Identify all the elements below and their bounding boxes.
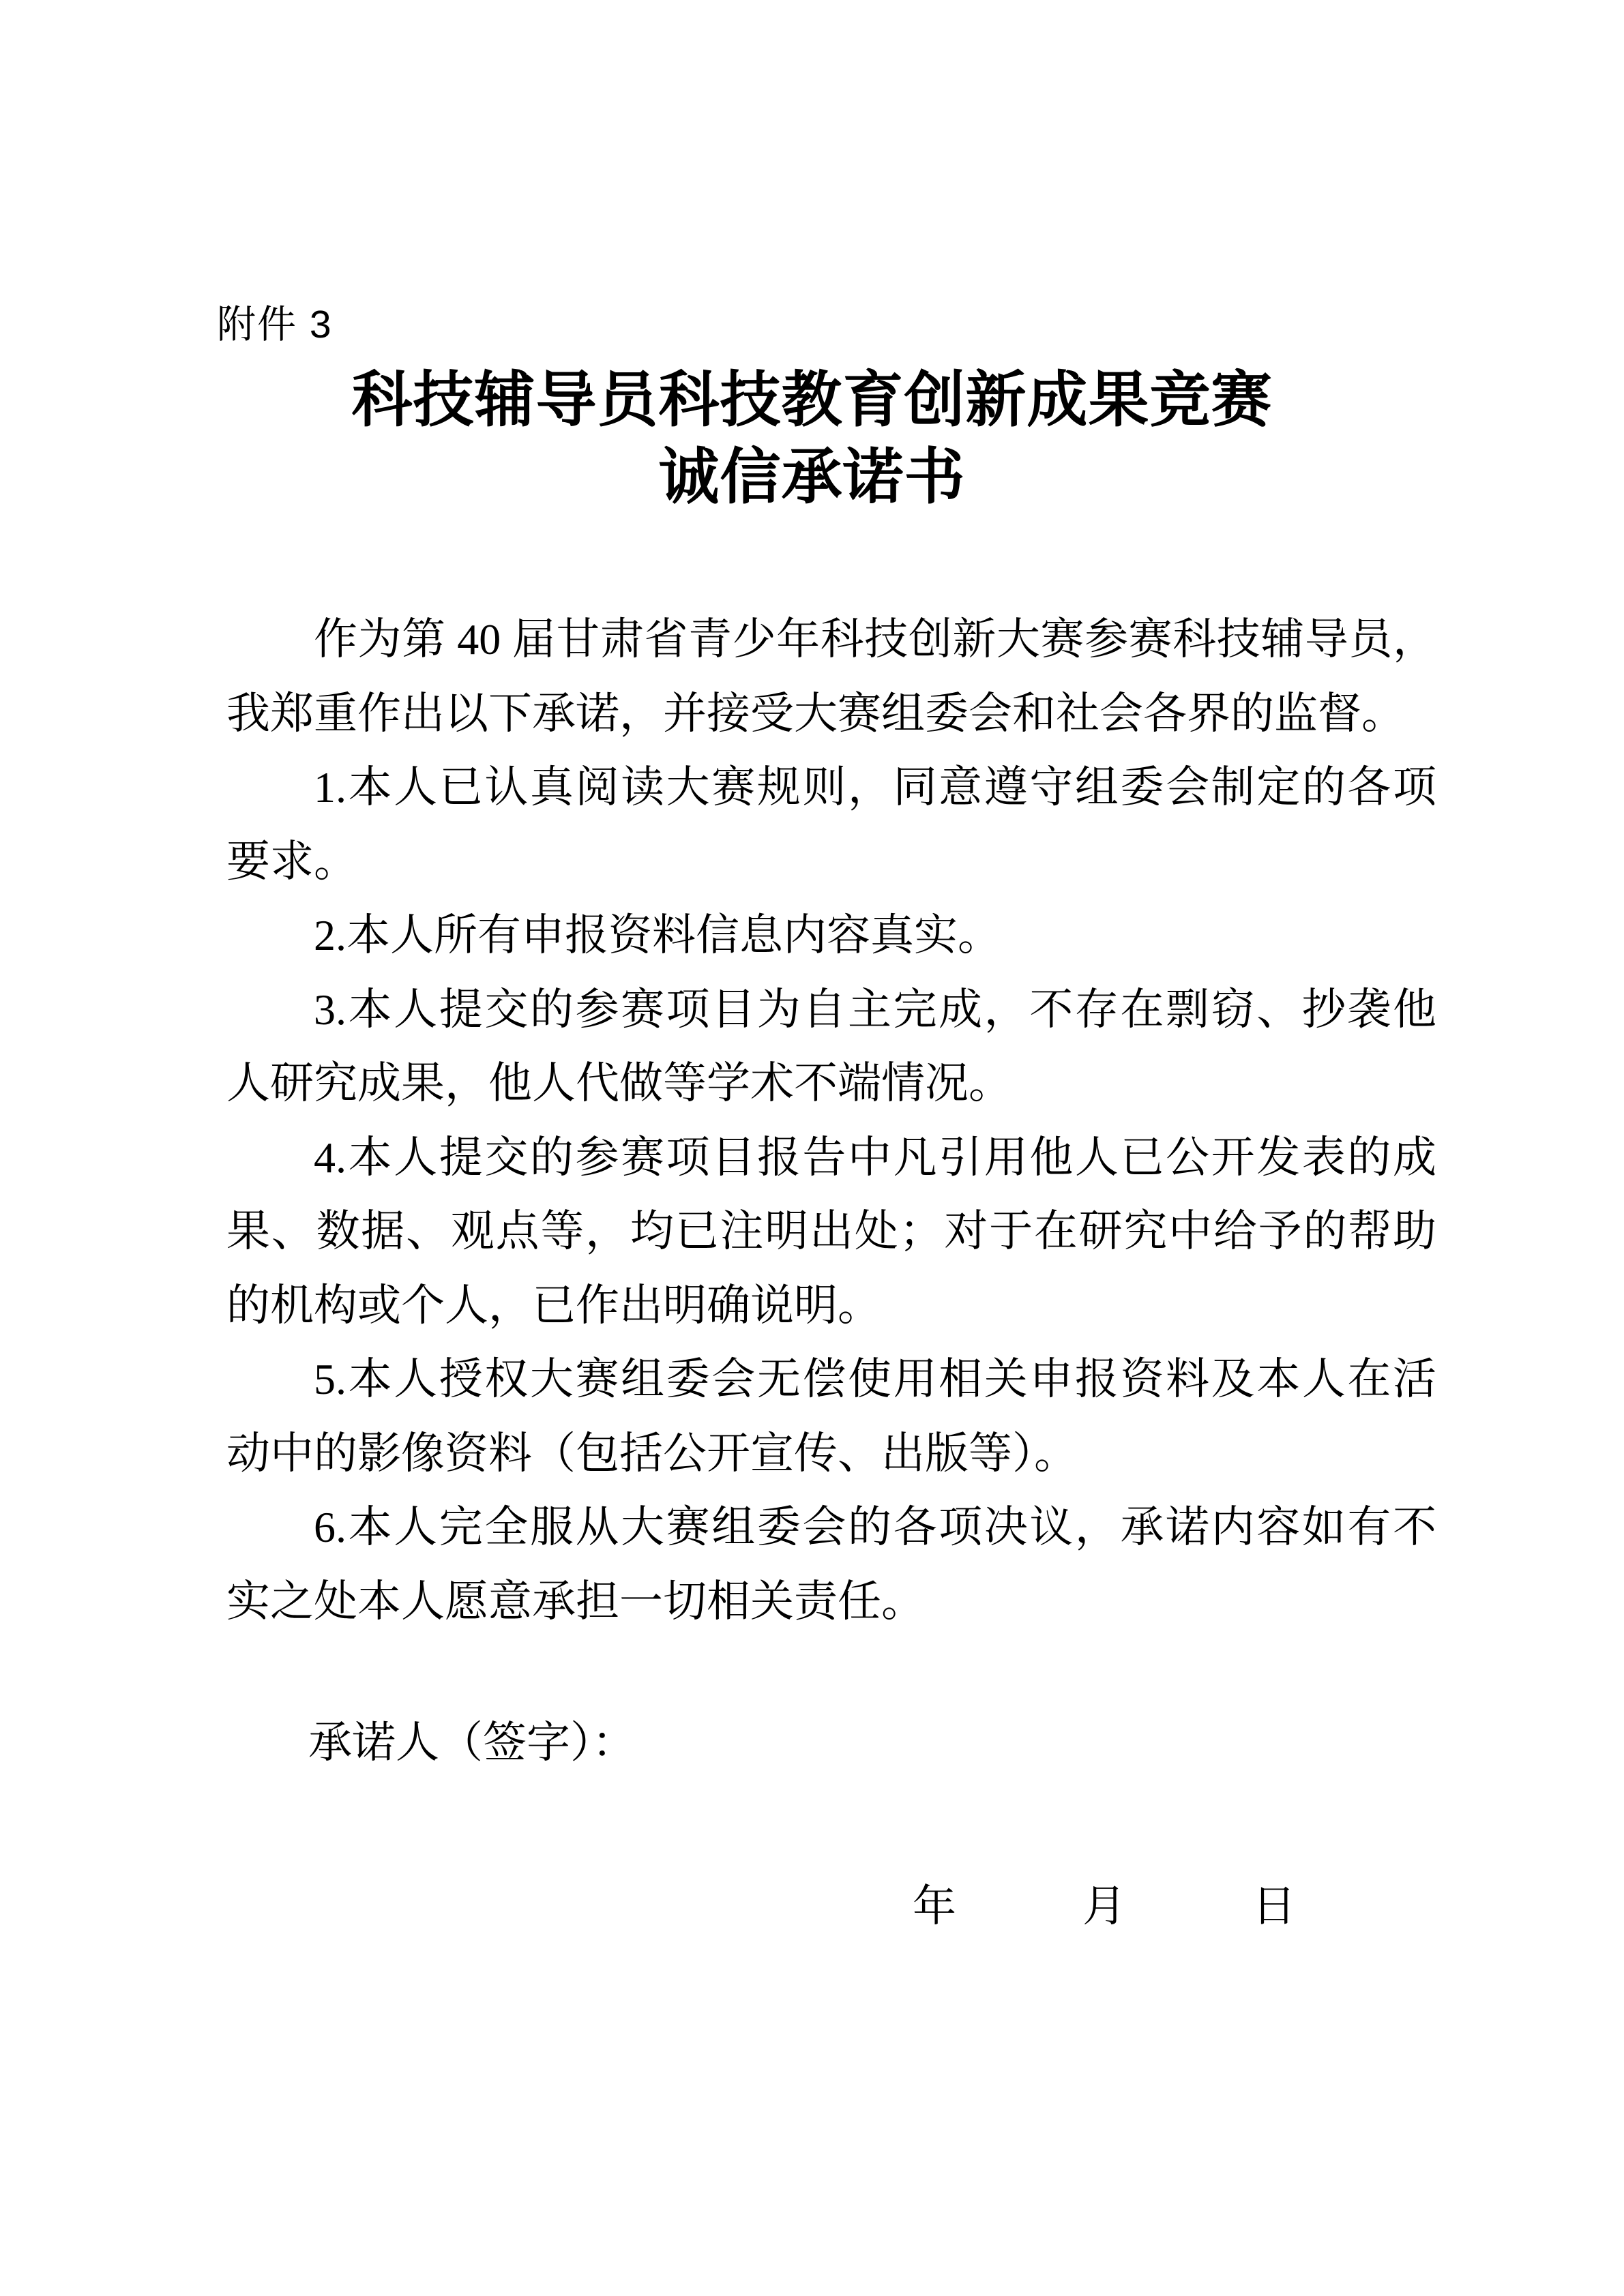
year-label: 年 xyxy=(913,1870,956,1944)
doc-title-line-2: 诚信承诺书 xyxy=(0,440,1624,517)
doc-title-line-1: 科技辅导员科技教育创新成果竞赛 xyxy=(0,363,1624,440)
date-line: 年 月 日 xyxy=(913,1870,1296,1944)
attachment-label: 附件 3 xyxy=(217,300,333,349)
doc-title: 科技辅导员科技教育创新成果竞赛 诚信承诺书 xyxy=(0,363,1624,517)
body-paragraph-item-3: 3.本人提交的参赛项目为自主完成，不存在剽窃、抄袭他人研究成果，他人代做等学术不… xyxy=(226,973,1436,1121)
document-page: 附件 3 科技辅导员科技教育创新成果竞赛 诚信承诺书 作为第 40 届甘肃省青少… xyxy=(0,0,1624,2296)
body-paragraph-item-4: 4.本人提交的参赛项目报告中凡引用他人已公开发表的成果、数据、观点等，均已注明出… xyxy=(226,1121,1436,1343)
day-label: 日 xyxy=(1252,1870,1296,1944)
body-paragraph-item-6: 6.本人完全服从大赛组委会的各项决议，承诺内容如有不实之处本人愿意承担一切相关责… xyxy=(226,1491,1436,1639)
doc-body: 作为第 40 届甘肃省青少年科技创新大赛参赛科技辅导员，我郑重作出以下承诺，并接… xyxy=(226,603,1436,1639)
month-label: 月 xyxy=(1082,1870,1126,1944)
body-paragraph-intro: 作为第 40 届甘肃省青少年科技创新大赛参赛科技辅导员，我郑重作出以下承诺，并接… xyxy=(226,603,1436,751)
body-paragraph-item-1: 1.本人已认真阅读大赛规则，同意遵守组委会制定的各项要求。 xyxy=(226,751,1436,899)
signature-label: 承诺人（签字）： xyxy=(308,1706,636,1780)
body-paragraph-item-2: 2.本人所有申报资料信息内容真实。 xyxy=(226,899,1436,973)
body-paragraph-item-5: 5.本人授权大赛组委会无偿使用相关申报资料及本人在活动中的影像资料（包括公开宣传… xyxy=(226,1343,1436,1491)
